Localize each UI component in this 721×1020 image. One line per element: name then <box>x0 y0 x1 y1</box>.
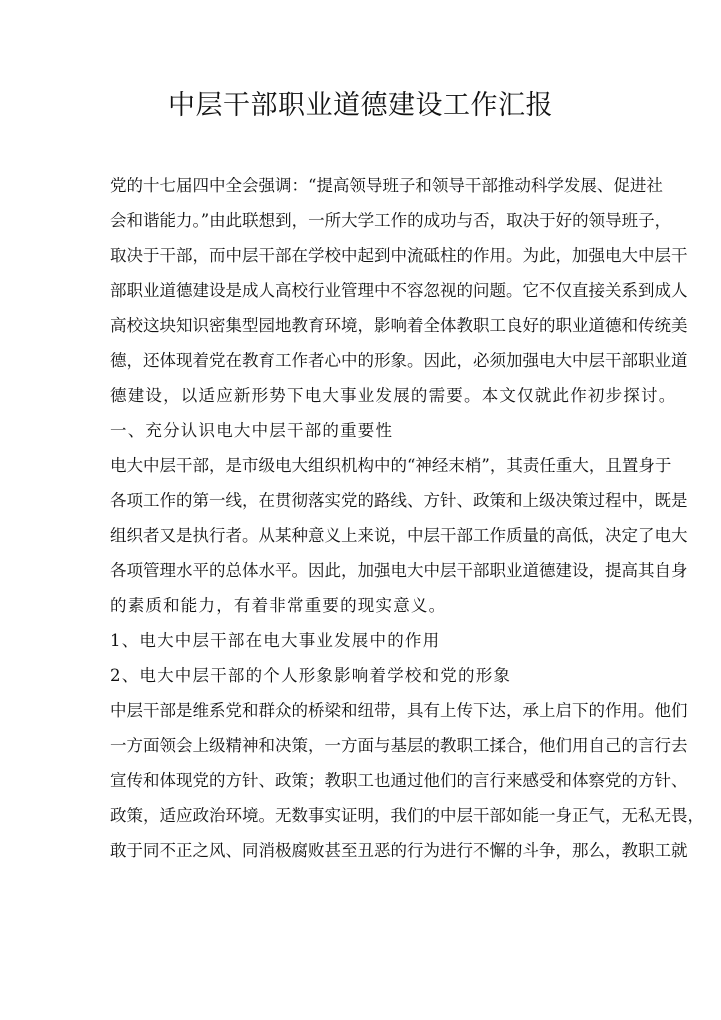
paragraph-line: 政策，适应政治环境。无数事实证明，我们的中层干部如能一身正气，无私无畏， <box>110 798 614 833</box>
subsection-heading: 2、电大中层干部的个人形象影响着学校和党的形象 <box>110 658 614 693</box>
paragraph-line: 一方面领会上级精神和决策，一方面与基层的教职工揉合，他们用自己的言行去 <box>110 728 614 763</box>
paragraph-line: 党的十七届四中全会强调：“提高领导班子和领导干部推动科学发展、促进社 <box>110 168 614 203</box>
section-heading: 一、充分认识电大中层干部的重要性 <box>110 413 614 448</box>
paragraph-line: 组织者又是执行者。从某种意义上来说，中层干部工作质量的高低，决定了电大 <box>110 518 614 553</box>
document-body: 党的十七届四中全会强调：“提高领导班子和领导干部推动科学发展、促进社 会和谐能力… <box>110 168 614 868</box>
paragraph-line: 高校这块知识密集型园地教育环境，影响着全体教职工良好的职业道德和传统美 <box>110 308 614 343</box>
paragraph-line: 宣传和体现党的方针、政策；教职工也通过他们的言行来感受和体察党的方针、 <box>110 763 614 798</box>
paragraph-line: 德，还体现着党在教育工作者心中的形象。因此，必须加强电大中层干部职业道 <box>110 343 614 378</box>
paragraph-line: 各项工作的第一线，在贯彻落实党的路线、方针、政策和上级决策过程中，既是 <box>110 483 614 518</box>
paragraph-line: 各项管理水平的总体水平。因此，加强电大中层干部职业道德建设，提高其自身 <box>110 553 614 588</box>
subsection-heading: 1、电大中层干部在电大事业发展中的作用 <box>110 623 614 658</box>
document-page: 中层干部职业道德建设工作汇报 党的十七届四中全会强调：“提高领导班子和领导干部推… <box>0 0 721 1020</box>
paragraph-line: 会和谐能力。”由此联想到，一所大学工作的成功与否，取决于好的领导班子， <box>110 203 614 238</box>
paragraph-line: 取决于干部，而中层干部在学校中起到中流砥柱的作用。为此，加强电大中层干 <box>110 238 614 273</box>
paragraph-line: 电大中层干部，是市级电大组织机构中的“神经末梢”，其责任重大，且置身于 <box>110 448 614 483</box>
paragraph-line: 的素质和能力，有着非常重要的现实意义。 <box>110 588 614 623</box>
paragraph-line: 德建设，以适应新形势下电大事业发展的需要。本文仅就此作初步探讨。 <box>110 378 614 413</box>
paragraph-line: 部职业道德建设是成人高校行业管理中不容忽视的问题。它不仅直接关系到成人 <box>110 273 614 308</box>
paragraph-line: 敢于同不正之风、同消极腐败甚至丑恶的行为进行不懈的斗争，那么，教职工就 <box>110 833 614 868</box>
paragraph-line: 中层干部是维系党和群众的桥梁和纽带，具有上传下达，承上启下的作用。他们 <box>110 693 614 728</box>
document-title: 中层干部职业道德建设工作汇报 <box>0 88 721 124</box>
